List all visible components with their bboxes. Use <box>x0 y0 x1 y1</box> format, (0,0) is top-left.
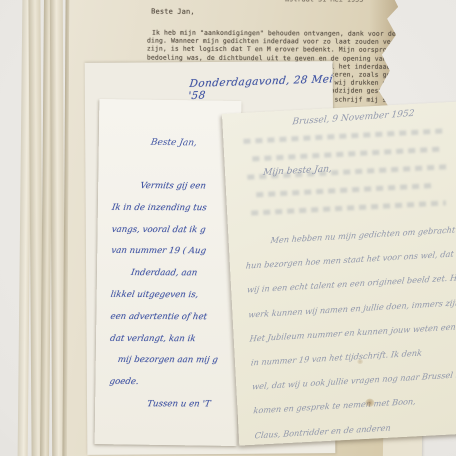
left-handwritten-letter: Beste Jan, Vermits gij eenIk in de inzen… <box>95 99 242 446</box>
ink-bleedthrough <box>256 183 436 197</box>
handwriting-line: Ik in de inzending tus <box>110 198 243 220</box>
right-letter-body: Men hebben nu mijn gedichten om gebracht… <box>244 217 456 447</box>
right-letter-dateline: Brussel, 9 November 1952 <box>292 109 415 128</box>
ink-bleedthrough <box>243 128 443 143</box>
ink-bleedthrough <box>252 147 442 162</box>
handwriting-line: mij bezorgen aan mij g <box>116 350 241 372</box>
left-letter-body: Vermits gij eenIk in de inzending tusvan… <box>109 175 242 417</box>
handwriting-line: vangs, vooral dat ik g <box>110 220 243 242</box>
handwriting-line: een advertentie of het <box>109 307 242 329</box>
handwriting-line: likkel uitgegeven is, <box>109 285 242 307</box>
right-handwritten-letter: Brussel, 9 November 1952 Mijn beste Jan,… <box>222 101 456 446</box>
right-letter-salutation: Mijn beste Jan, <box>263 164 333 178</box>
handwriting-line: Tussen u en 'T <box>146 394 241 416</box>
ink-bleedthrough <box>251 200 446 215</box>
handwriting-line: van nummer 19 ( Aug <box>110 241 243 263</box>
typed-letter-dateline: …straat 31 Mei 1953 <box>285 0 363 4</box>
photo-of-letter-stack: …straat 31 Mei 1953 Beste Jan, Ik heb mi… <box>0 0 456 456</box>
handwriting-line: Inderdaad, aan <box>129 263 242 285</box>
handwriting-line: dat verlangt, kan ik <box>108 328 241 350</box>
handwriting-line: goede. <box>108 372 241 394</box>
typed-letter-salutation: Beste Jan, <box>151 8 195 16</box>
left-letter-salutation: Beste Jan, <box>150 138 198 149</box>
handwritten-dateline-blue: Donderdagavond, 28 Mei '58 <box>188 73 334 102</box>
